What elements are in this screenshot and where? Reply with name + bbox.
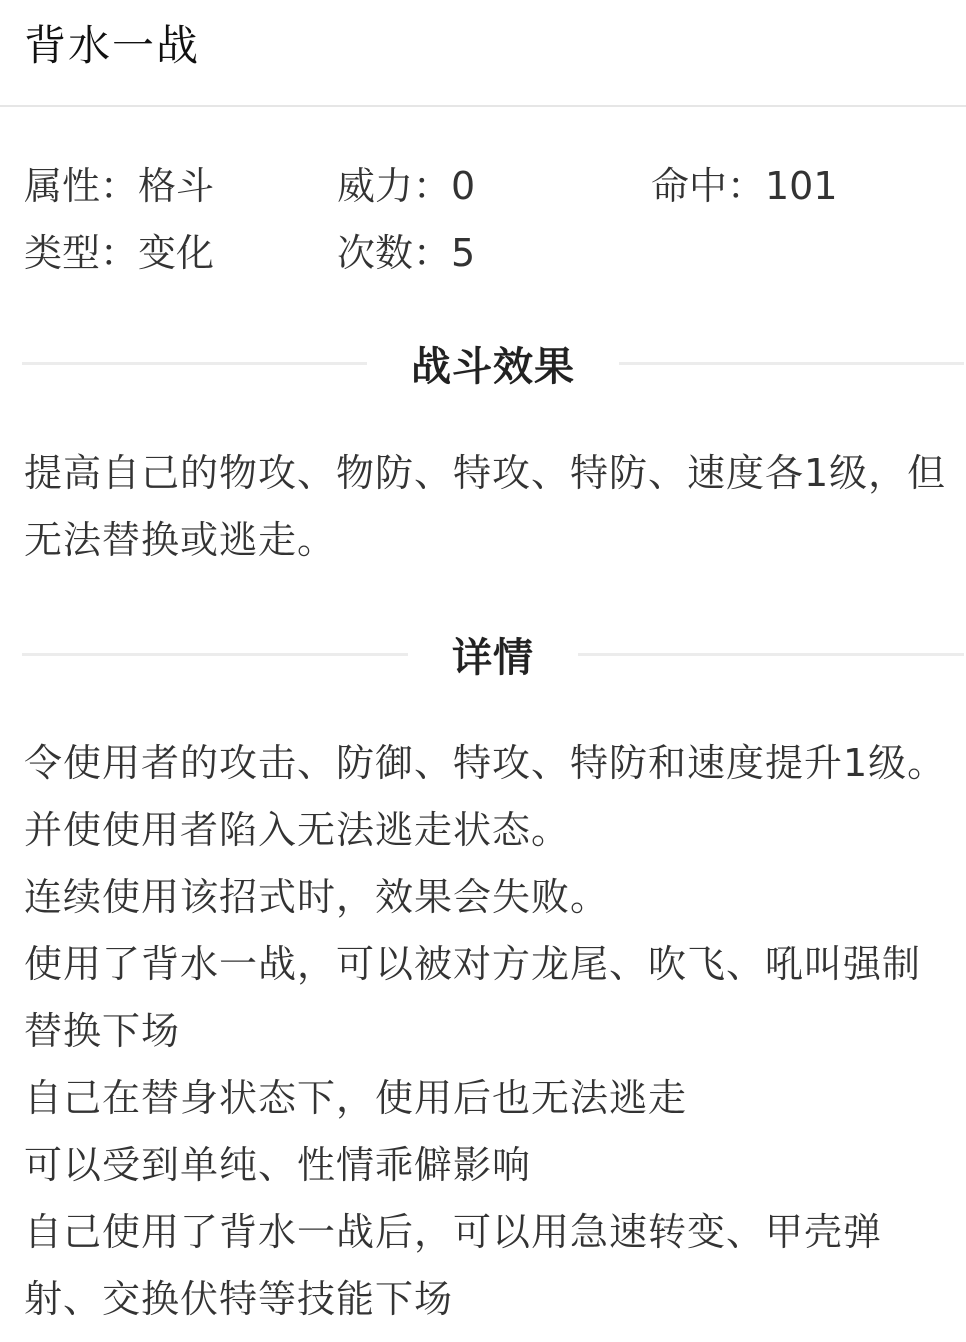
stat-type: 属性：格斗 — [24, 156, 337, 216]
effect-description: 提高自己的物攻、物防、特攻、特防、速度各1级，但无法替换或逃走。 — [24, 440, 954, 574]
detail-line: 可以受到单纯、性情乖僻影响 — [24, 1132, 954, 1199]
divider-line — [619, 362, 964, 365]
detail-description: 令使用者的攻击、防御、特攻、特防和速度提升1级。并使使用者陷入无法逃走状态。 连… — [24, 730, 954, 1333]
divider-line — [22, 362, 367, 365]
detail-line: 令使用者的攻击、防御、特攻、特防和速度提升1级。并使使用者陷入无法逃走状态。 — [24, 730, 954, 864]
section-title-effect: 战斗效果 — [367, 335, 619, 392]
detail-line: 自己在替身状态下，使用后也无法逃走 — [24, 1065, 954, 1132]
detail-line: 连续使用该招式时，效果会失败。 — [24, 864, 954, 931]
section-heading-detail: 详情 — [22, 624, 964, 684]
stats-row-2: 类型：变化 次数：5 — [24, 219, 944, 286]
stat-power: 威力：0 — [337, 156, 651, 216]
stat-category: 类型：变化 — [24, 223, 337, 283]
detail-line: 自己使用了背水一战后，可以用急速转变、甲壳弹射、交换伏特等技能下场 — [24, 1199, 954, 1333]
section-heading-effect: 战斗效果 — [22, 333, 964, 393]
move-stats: 属性：格斗 威力：0 命中：101 类型：变化 次数：5 — [24, 152, 944, 286]
page-title: 背水一战 — [24, 18, 200, 74]
section-title-detail: 详情 — [408, 626, 578, 683]
detail-line: 使用了背水一战，可以被对方龙尾、吹飞、吼叫强制替换下场 — [24, 931, 954, 1065]
stat-pp: 次数：5 — [337, 223, 651, 283]
stat-accuracy: 命中：101 — [651, 156, 944, 216]
divider-line — [22, 653, 408, 656]
page-header: 背水一战 — [0, 0, 966, 107]
stats-row-1: 属性：格斗 威力：0 命中：101 — [24, 152, 944, 219]
divider-line — [578, 653, 964, 656]
